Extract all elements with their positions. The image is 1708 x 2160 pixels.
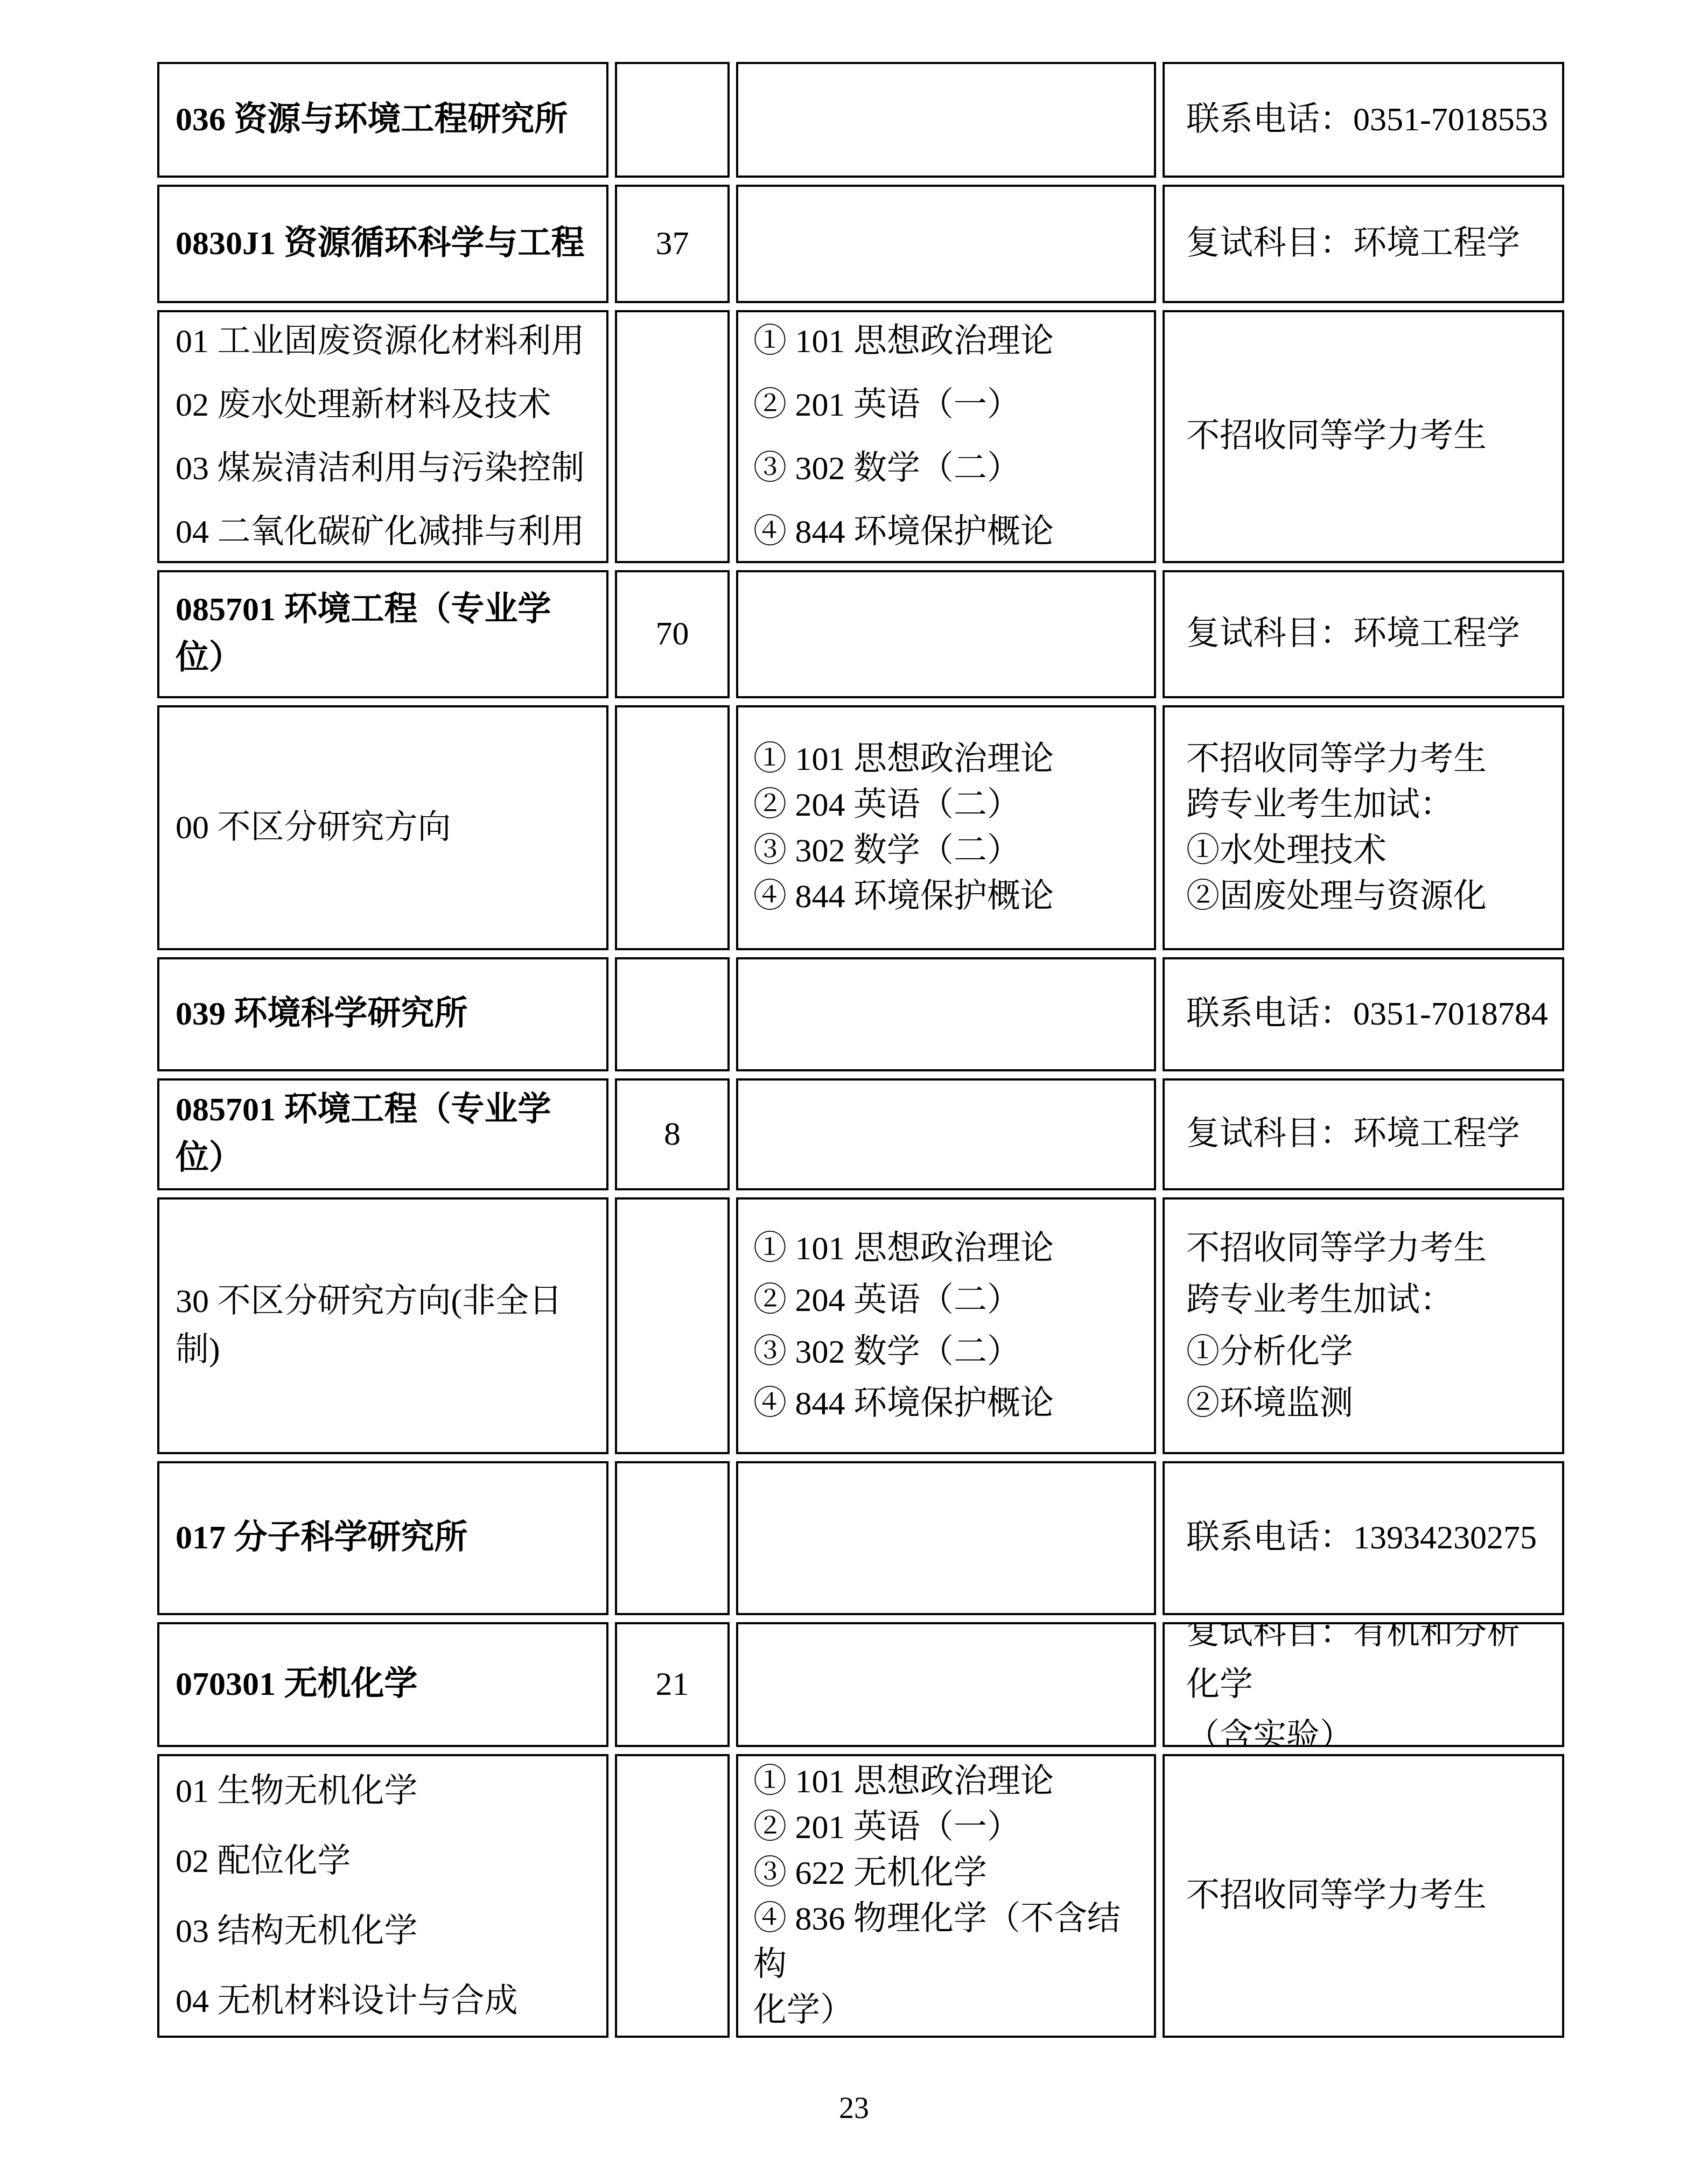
r10-major-name-cell: 070301 无机化学 (157, 1622, 608, 1747)
r6-exam-subjects-cell (736, 957, 1156, 1071)
text-line: 04 二氧化碳矿化减排与利用 (176, 500, 597, 563)
r5-exam-subjects-cell: ① 101 思想政治理论② 204 英语（二）③ 302 数学（二）④ 844 … (736, 705, 1156, 950)
text-line: ① 101 思想政治理论 (753, 1759, 1144, 1805)
text-line: 不招收同等学力考生 (1186, 737, 1552, 782)
r8-research-directions-cell: 30 不区分研究方向(非全日制) (157, 1197, 608, 1454)
text-line: 化学） (753, 1988, 1144, 2033)
r9-institute-name-cell: 017 分子科学研究所 (157, 1461, 608, 1615)
r9-remarks-cell: 联系电话：13934230275 (1163, 1461, 1564, 1615)
r3-remarks-cell: 不招收同等学力考生 (1163, 310, 1564, 563)
r2-remarks-cell: 复试科目：环境工程学 (1163, 185, 1564, 303)
r9-exam-subjects-cell (736, 1461, 1156, 1615)
text-line: 复试科目：环境工程学 (1186, 610, 1552, 658)
text-line: 02 配位化学 (176, 1826, 597, 1896)
text-line: 04 无机材料设计与合成 (176, 1966, 597, 2036)
text-line: ②固废处理与资源化 (1186, 874, 1552, 920)
r3-exam-subjects-cell: ① 101 思想政治理论② 201 英语（一）③ 302 数学（二）④ 844 … (736, 310, 1156, 563)
r5-quota-cell (615, 705, 730, 950)
r9-quota-cell (615, 1461, 730, 1615)
r7-remarks-cell: 复试科目：环境工程学 (1163, 1078, 1564, 1190)
text-line: 017 分子科学研究所 (176, 1514, 597, 1562)
text-line: ③ 302 数学（二） (753, 828, 1144, 874)
text-line: ② 201 英语（一） (753, 373, 1144, 437)
r1-exam-subjects-cell (736, 62, 1156, 178)
text-line: 跨专业考生加试： (1186, 1274, 1552, 1326)
r4-exam-subjects-cell (736, 570, 1156, 698)
text-line: 联系电话：0351-7018553 (1186, 96, 1552, 144)
r1-institute-name-cell: 036 资源与环境工程研究所 (157, 62, 608, 178)
r11-remarks-cell: 不招收同等学力考生 (1163, 1754, 1564, 2038)
text-line: 039 环境科学研究所 (176, 990, 597, 1039)
r10-remarks-cell: 复试科目：有机和分析化学（含实验） (1163, 1622, 1564, 1747)
r2-major-name-cell: 0830J1 资源循环科学与工程 (157, 185, 608, 303)
r6-institute-name-cell: 039 环境科学研究所 (157, 957, 608, 1071)
text-line: ④ 844 环境保护概论 (753, 874, 1144, 920)
text-line: ① 101 思想政治理论 (753, 310, 1144, 373)
text-line: ② 204 英语（二） (753, 782, 1144, 828)
text-line: 复试科目：环境工程学 (1186, 220, 1552, 268)
r8-quota-cell (615, 1197, 730, 1454)
text-line: 01 工业固废资源化材料利用 (176, 310, 597, 373)
admissions-table: 036 资源与环境工程研究所 联系电话：0351-7018553 0830J1 … (157, 62, 1564, 2038)
text-line: 联系电话：0351-7018784 (1186, 990, 1552, 1039)
r4-major-name-cell: 085701 环境工程（专业学位） (157, 570, 608, 698)
text-line: 03 结构无机化学 (176, 1896, 597, 1966)
text-line: 036 资源与环境工程研究所 (176, 96, 597, 144)
r2-exam-subjects-cell (736, 185, 1156, 303)
text-line: ① 101 思想政治理论 (753, 737, 1144, 782)
text-line: 跨专业考生加试： (1186, 782, 1552, 828)
r2-quota-cell: 37 (615, 185, 730, 303)
text-line: 085701 环境工程（专业学位） (176, 586, 597, 683)
text-line: 不招收同等学力考生 (1186, 412, 1552, 461)
r7-major-name-cell: 085701 环境工程（专业学位） (157, 1078, 608, 1190)
text-line: 不招收同等学力考生 (1186, 1223, 1552, 1274)
r10-exam-subjects-cell (736, 1622, 1156, 1747)
text-line: ③ 622 无机化学 (753, 1850, 1144, 1896)
r3-research-directions-cell: 01 工业固废资源化材料利用02 废水处理新材料及技术03 煤炭清洁利用与污染控… (157, 310, 608, 563)
text-line: ② 201 英语（一） (753, 1805, 1144, 1850)
text-line: ④ 844 环境保护概论 (753, 1378, 1144, 1429)
text-line: 联系电话：13934230275 (1186, 1514, 1552, 1562)
r6-quota-cell (615, 957, 730, 1071)
text-line: 070301 无机化学 (176, 1660, 597, 1709)
text-line: ④ 836 物理化学（不含结构 (753, 1896, 1144, 1988)
text-line: 30 不区分研究方向(非全日制) (176, 1278, 597, 1374)
text-line: 01 生物无机化学 (176, 1756, 597, 1826)
r8-remarks-cell: 不招收同等学力考生跨专业考生加试：①分析化学②环境监测 (1163, 1197, 1564, 1454)
r8-exam-subjects-cell: ① 101 思想政治理论② 204 英语（二）③ 302 数学（二）④ 844 … (736, 1197, 1156, 1454)
r1-quota-cell (615, 62, 730, 178)
text-line: （含实验） (1186, 1710, 1552, 1747)
text-line: ①分析化学 (1186, 1326, 1552, 1378)
r6-remarks-cell: 联系电话：0351-7018784 (1163, 957, 1564, 1071)
r10-quota-cell: 21 (615, 1622, 730, 1747)
text-line: 不招收同等学力考生 (1186, 1872, 1552, 1920)
text-line: ① 101 思想政治理论 (753, 1223, 1144, 1274)
text-line: ③ 302 数学（二） (753, 1326, 1144, 1378)
r11-quota-cell (615, 1754, 730, 2038)
r4-quota-cell: 70 (615, 570, 730, 698)
text-line: ④ 844 环境保护概论 (753, 500, 1144, 563)
r7-exam-subjects-cell (736, 1078, 1156, 1190)
text-line: 03 煤炭清洁利用与污染控制 (176, 437, 597, 500)
text-line: 00 不区分研究方向 (176, 804, 597, 852)
text-line: ② 204 英语（二） (753, 1274, 1144, 1326)
r5-research-directions-cell: 00 不区分研究方向 (157, 705, 608, 950)
text-line: 085701 环境工程（专业学位） (176, 1086, 597, 1183)
r11-exam-subjects-cell: ① 101 思想政治理论② 201 英语（一）③ 622 无机化学④ 836 物… (736, 1754, 1156, 2038)
text-line: ③ 302 数学（二） (753, 437, 1144, 500)
text-line: 0830J1 资源循环科学与工程 (176, 220, 597, 268)
text-line: 复试科目：环境工程学 (1186, 1110, 1552, 1159)
r7-quota-cell: 8 (615, 1078, 730, 1190)
r3-quota-cell (615, 310, 730, 563)
text-line: ②环境监测 (1186, 1378, 1552, 1429)
text-line: 02 废水处理新材料及技术 (176, 373, 597, 437)
text-line: 复试科目：有机和分析化学 (1186, 1622, 1552, 1710)
r5-remarks-cell: 不招收同等学力考生跨专业考生加试：①水处理技术②固废处理与资源化 (1163, 705, 1564, 950)
text-line: ①水处理技术 (1186, 828, 1552, 874)
r4-remarks-cell: 复试科目：环境工程学 (1163, 570, 1564, 698)
r1-remarks-cell: 联系电话：0351-7018553 (1163, 62, 1564, 178)
page-number: 23 (0, 2093, 1708, 2123)
r11-research-directions-cell: 01 生物无机化学02 配位化学03 结构无机化学04 无机材料设计与合成 (157, 1754, 608, 2038)
